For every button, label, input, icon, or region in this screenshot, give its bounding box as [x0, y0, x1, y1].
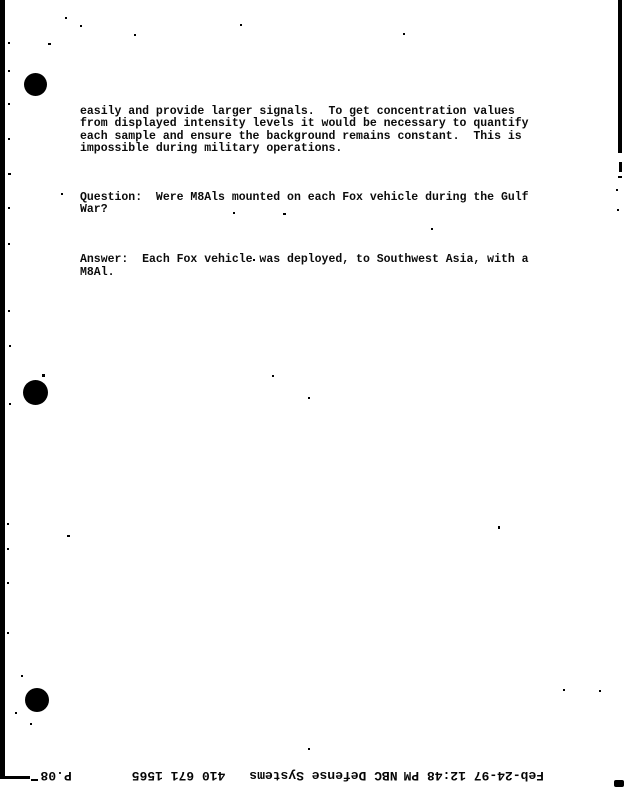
scan-speck — [617, 209, 619, 211]
fax-phone-number: 410 671 1565 — [132, 769, 226, 784]
scan-speck — [240, 24, 242, 26]
punch-hole-top — [24, 73, 47, 96]
scan-speck — [7, 582, 9, 584]
scan-mark-bottom-left — [0, 776, 30, 779]
scan-speck — [30, 723, 32, 725]
scan-speck — [8, 138, 10, 140]
scan-speck — [134, 34, 136, 36]
scan-speck — [7, 632, 9, 634]
scan-speck — [61, 193, 63, 195]
scan-speck — [80, 25, 82, 27]
scan-speck — [498, 526, 500, 529]
scan-speck — [8, 243, 10, 245]
question-label: Question: — [80, 191, 142, 204]
fax-sender-name: NBC Defense Systems — [249, 769, 397, 784]
answer-text: Each Fox vehicle was deployed, to Southw… — [80, 253, 535, 278]
scan-speck — [308, 397, 310, 399]
paragraph-concentration: easily and provide larger signals. To ge… — [80, 106, 542, 156]
scan-speck — [403, 33, 405, 35]
scan-mark-bottom-left-2 — [31, 779, 38, 781]
scan-speck — [48, 43, 51, 45]
answer-block: Answer: Each Fox vehicle was deployed, t… — [80, 254, 542, 279]
scan-speck — [7, 523, 9, 525]
question-text: Were M8Als mounted on each Fox vehicle d… — [80, 191, 536, 216]
scan-speck — [283, 213, 286, 215]
scan-speck — [42, 374, 45, 377]
scan-speck — [8, 103, 10, 105]
scan-speck — [308, 748, 310, 750]
scan-speck — [21, 675, 23, 677]
scan-speck — [8, 70, 10, 72]
scan-speck — [618, 176, 622, 178]
question-block: Question: Were M8Als mounted on each Fox… — [80, 192, 542, 217]
answer-label: Answer: — [80, 253, 128, 266]
scan-edge-left-bar — [0, 0, 5, 779]
fax-header-rotated: Feb-24-97 12:48 PM NBC Defense Systems 4… — [38, 768, 544, 784]
scan-speck — [616, 189, 618, 191]
scan-blob-bottom-right — [614, 780, 624, 787]
scan-speck — [599, 690, 601, 692]
scan-speck — [67, 535, 70, 537]
document-text: easily and provide larger signals. To ge… — [80, 81, 542, 304]
scan-speck — [8, 173, 11, 175]
scan-speck — [253, 259, 255, 261]
scan-speck — [233, 212, 235, 214]
scan-speck — [9, 345, 11, 347]
punch-hole-middle — [23, 380, 48, 405]
scan-speck — [8, 42, 10, 44]
scan-speck — [619, 162, 622, 172]
scan-speck — [272, 375, 274, 377]
scan-speck — [431, 228, 433, 230]
scan-speck — [8, 310, 10, 312]
punch-hole-bottom — [25, 688, 49, 712]
scan-speck — [15, 712, 17, 714]
scan-speck — [65, 17, 67, 19]
scan-speck — [7, 548, 9, 550]
scanned-fax-page: easily and provide larger signals. To ge… — [0, 0, 624, 787]
fax-date-time: Feb-24-97 12:48 PM — [404, 769, 544, 784]
scan-edge-right-line — [618, 0, 622, 153]
scan-speck — [8, 207, 10, 209]
scan-speck — [563, 689, 565, 691]
fax-page-number: P.08 — [40, 769, 71, 784]
scan-speck — [9, 403, 11, 405]
